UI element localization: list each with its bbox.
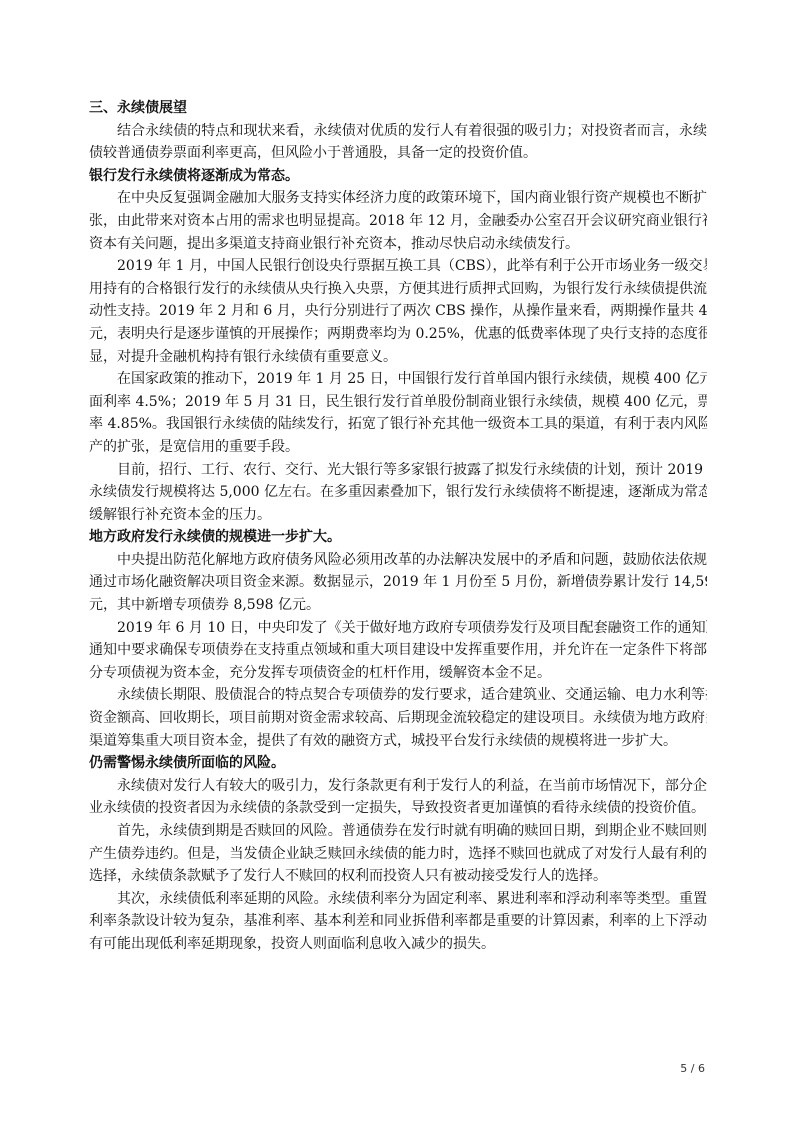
text-line: 渠道筹集重大项目资本金，提供了有效的融资方式，城投平台发行永续债的规模将进一步扩… <box>89 730 707 753</box>
text-line: 产的扩张，是宽信用的重要手段。 <box>89 436 707 459</box>
text-line: 债较普通债券票面利率更高，但风险小于普通股，具备一定的投资价值。 <box>89 142 707 165</box>
text-line: 面利率 4.5%；2019 年 5 月 31 日，民生银行发行首单股份制商业银行… <box>89 391 707 414</box>
text-line: 用持有的合格银行发行的永续债从央行换入央票，方便其进行质押式回购，为银行发行永续… <box>89 278 707 301</box>
paragraph: 首先，永续债到期是否赎回的风险。普通债券在发行时就有明确的赎回日期，到期企业不赎… <box>89 820 707 888</box>
text-line: 元，表明央行是逐步谨慎的开展操作；两期费率均为 0.25%，优惠的低费率体现了央… <box>89 323 707 346</box>
text-line: 有可能出现低利率延期现象，投资人则面临利息收入减少的损失。 <box>89 933 707 956</box>
subheading-bank-perpetual-bonds: 银行发行永续债将逐渐成为常态。 <box>89 165 707 188</box>
intro-paragraph: 结合永续债的特点和现状来看，永续债对优质的发行人有着很强的吸引力；对投资者而言，… <box>89 120 707 165</box>
text-line: 结合永续债的特点和现状来看，永续债对优质的发行人有着很强的吸引力；对投资者而言，… <box>89 120 707 143</box>
text-line: 其次，永续债低利率延期的风险。永续债利率分为固定利率、累进利率和浮动利率等类型。… <box>89 888 707 911</box>
text-line: 2019 年 1 月，中国人民银行创设央行票据互换工具（CBS），此举有利于公开… <box>89 255 707 278</box>
text-line: 张，由此带来对资本占用的需求也明显提高。2018 年 12 月，金融委办公室召开… <box>89 210 707 233</box>
section-heading: 三、永续债展望 <box>89 97 707 120</box>
text-line: 2019 年 6 月 10 日，中央印发了《关于做好地方政府专项债券发行及项目配… <box>89 617 707 640</box>
text-line: 在中央反复强调金融加大服务支持实体经济力度的政策环境下，国内商业银行资产规模也不… <box>89 187 707 210</box>
text-line: 率 4.85%。我国银行永续债的陆续发行，拓宽了银行补充其他一级资本工具的渠道，… <box>89 413 707 436</box>
text-line: 元，其中新增专项债券 8,598 亿元。 <box>89 594 707 617</box>
paragraph: 在中央反复强调金融加大服务支持实体经济力度的政策环境下，国内商业银行资产规模也不… <box>89 187 707 255</box>
text-line: 利率条款设计较为复杂，基准利率、基本利差和同业拆借利率都是重要的计算因素，利率的… <box>89 910 707 933</box>
text-line: 永续债长期限、股债混合的特点契合专项债券的发行要求，适合建筑业、交通运输、电力水… <box>89 684 707 707</box>
text-line: 资金额高、回收期长，项目前期对资金需求较高、后期现金流较稳定的建设项目。永续债为… <box>89 707 707 730</box>
text-line: 资本有关问题，提出多渠道支持商业银行补充资本，推动尽快启动永续债发行。 <box>89 233 707 256</box>
text-line: 业永续债的投资者因为永续债的条款受到一定损失，导致投资者更加谨慎的看待永续债的投… <box>89 797 707 820</box>
text-line: 目前，招行、工行、农行、交行、光大银行等多家银行披露了拟发行永续债的计划，预计 … <box>89 459 707 482</box>
subheading-risks: 仍需警惕永续债所面临的风险。 <box>89 752 707 775</box>
paragraph: 目前，招行、工行、农行、交行、光大银行等多家银行披露了拟发行永续债的计划，预计 … <box>89 459 707 527</box>
text-line: 中央提出防范化解地方政府债务风险必须用改革的办法解决发展中的矛盾和问题，鼓励依法… <box>89 549 707 572</box>
text-line: 永续债发行规模将达 5,000 亿左右。在多重因素叠加下，银行发行永续债将不断提… <box>89 481 707 504</box>
text-line: 永续债对发行人有较大的吸引力，发行条款更有利于发行人的利益，在当前市场情况下，部… <box>89 775 707 798</box>
text-line: 产生债券违约。但是，当发债企业缺乏赎回永续债的能力时，选择不赎回也就成了对发行人… <box>89 843 707 866</box>
text-line: 在国家政策的推动下，2019 年 1 月 25 日，中国银行发行首单国内银行永续… <box>89 368 707 391</box>
paragraph: 其次，永续债低利率延期的风险。永续债利率分为固定利率、累进利率和浮动利率等类型。… <box>89 888 707 956</box>
text-line: 分专项债视为资本金，充分发挥专项债资金的杠杆作用，缓解资本金不足。 <box>89 662 707 685</box>
text-line: 显，对提升金融机构持有银行永续债有重要意义。 <box>89 346 707 369</box>
text-line: 动性支持。2019 年 2 月和 6 月，央行分别进行了两次 CBS 操作，从操… <box>89 300 707 323</box>
paragraph: 2019 年 1 月，中国人民银行创设央行票据互换工具（CBS），此举有利于公开… <box>89 255 707 368</box>
text-line: 通知中要求确保专项债券在支持重点领域和重大项目建设中发挥重要作用，并允许在一定条… <box>89 639 707 662</box>
text-line: 首先，永续债到期是否赎回的风险。普通债券在发行时就有明确的赎回日期，到期企业不赎… <box>89 820 707 843</box>
paragraph: 中央提出防范化解地方政府债务风险必须用改革的办法解决发展中的矛盾和问题，鼓励依法… <box>89 549 707 617</box>
paragraph: 在国家政策的推动下，2019 年 1 月 25 日，中国银行发行首单国内银行永续… <box>89 368 707 458</box>
paragraph: 2019 年 6 月 10 日，中央印发了《关于做好地方政府专项债券发行及项目配… <box>89 617 707 685</box>
paragraph: 永续债长期限、股债混合的特点契合专项债券的发行要求，适合建筑业、交通运输、电力水… <box>89 684 707 752</box>
text-line: 通过市场化融资解决项目资金来源。数据显示，2019 年 1 月份至 5 月份，新… <box>89 571 707 594</box>
text-line: 选择，永续债条款赋予了发行人不赎回的权利而投资人只有被动接受发行人的选择。 <box>89 865 707 888</box>
document-page: 三、永续债展望 结合永续债的特点和现状来看，永续债对优质的发行人有着很强的吸引力… <box>89 97 707 956</box>
subheading-local-government-bonds: 地方政府发行永续债的规模进一步扩大。 <box>89 526 707 549</box>
page-number: 5 / 6 <box>0 1062 793 1075</box>
text-line: 缓解银行补充资本金的压力。 <box>89 504 707 527</box>
paragraph: 永续债对发行人有较大的吸引力，发行条款更有利于发行人的利益，在当前市场情况下，部… <box>89 775 707 820</box>
